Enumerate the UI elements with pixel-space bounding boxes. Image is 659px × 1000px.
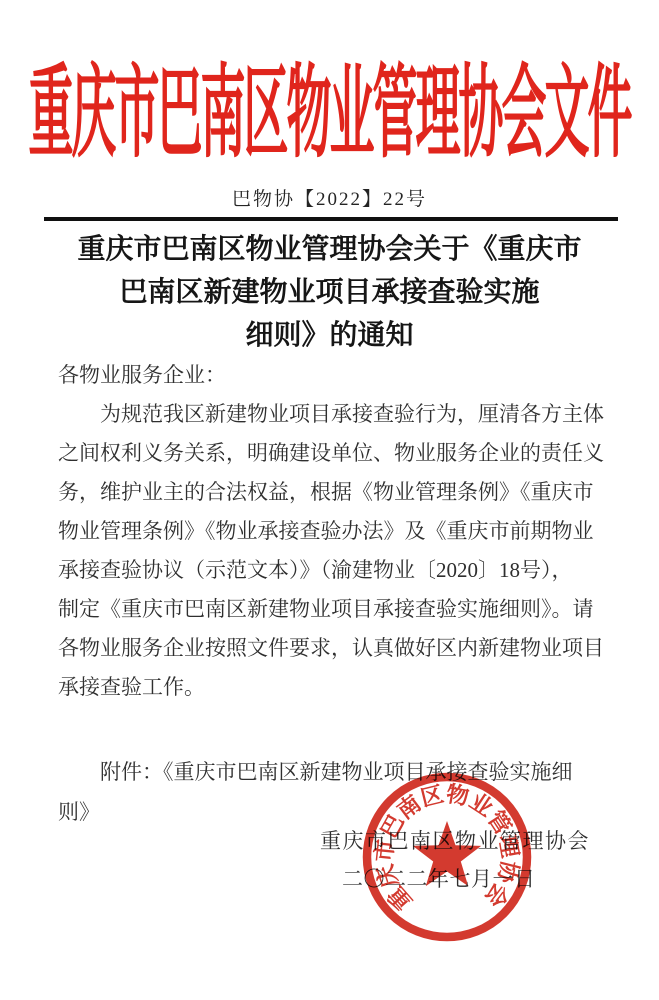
red-masthead: 重庆市巴南区物业管理协会文件 bbox=[0, 64, 659, 109]
document-title-line-3: 细则》的通知 bbox=[20, 314, 639, 357]
masthead-text: 重庆市巴南区物业管理协会文件 bbox=[28, 64, 630, 165]
official-seal: 重庆市巴南区物业管理协会 bbox=[357, 767, 537, 947]
body-line: 物业管理条例》《物业承接查验办法》及《重庆市前期物业 bbox=[58, 512, 606, 551]
seal-star-icon bbox=[413, 821, 481, 886]
body-line: 之间权利义务关系，明确建设单位、物业服务企业的责任义 bbox=[58, 434, 606, 473]
body-line: 务，维护业主的合法权益，根据《物业管理条例》《重庆市 bbox=[58, 473, 606, 512]
body-text: 各物业服务企业： 为规范我区新建物业项目承接查验行为，厘清各方主体 之间权利义务… bbox=[58, 356, 606, 707]
separator-rule bbox=[44, 217, 618, 221]
body-line: 承接查验工作。 bbox=[58, 668, 606, 707]
body-line: 制定《重庆市巴南区新建物业项目承接查验实施细则》。请 bbox=[58, 590, 606, 629]
document-title: 重庆市巴南区物业管理协会关于《重庆市 巴南区新建物业项目承接查验实施 细则》的通… bbox=[20, 228, 639, 357]
salutation: 各物业服务企业： bbox=[58, 356, 606, 395]
body-line: 承接查验协议（示范文本）》（渝建物业〔2020〕18号）， bbox=[58, 551, 606, 590]
body-line: 为规范我区新建物业项目承接查验行为，厘清各方主体 bbox=[58, 395, 606, 434]
document-title-line-1: 重庆市巴南区物业管理协会关于《重庆市 bbox=[20, 228, 639, 271]
body-line: 各物业服务企业按照文件要求，认真做好区内新建物业项目 bbox=[58, 629, 606, 668]
official-document-page: 重庆市巴南区物业管理协会文件 巴物协【2022】22号 重庆市巴南区物业管理协会… bbox=[0, 0, 659, 1000]
document-title-line-2: 巴南区新建物业项目承接查验实施 bbox=[20, 271, 639, 314]
document-number: 巴物协【2022】22号 bbox=[0, 184, 659, 211]
